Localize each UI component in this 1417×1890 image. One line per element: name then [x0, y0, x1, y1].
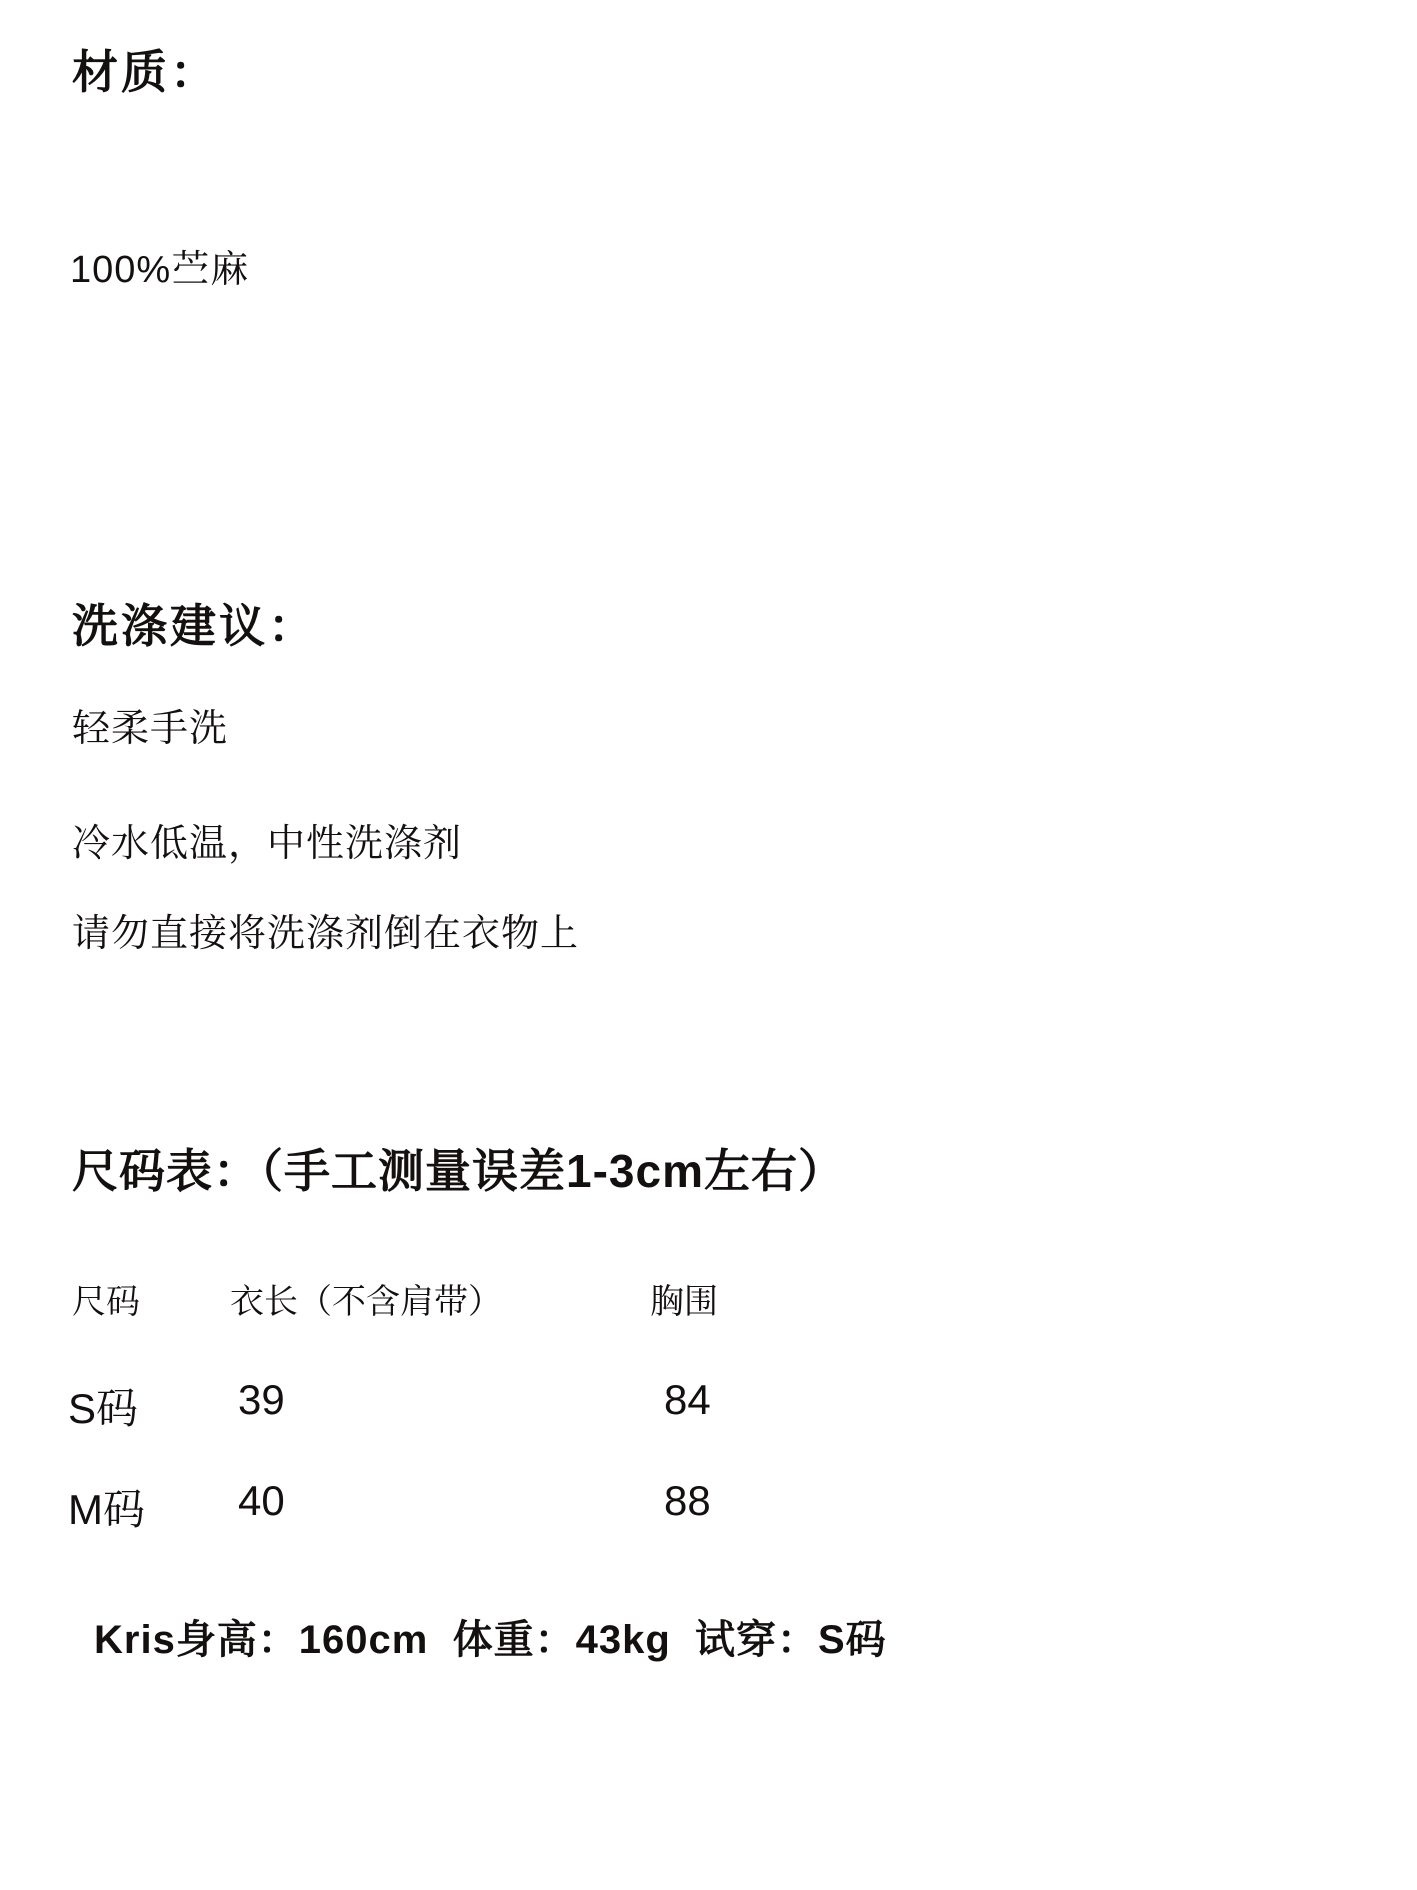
- size-cell-length: 40: [238, 1477, 285, 1525]
- washing-instruction-line: 冷水低温，中性洗涤剂: [72, 812, 462, 867]
- material-heading: 材质：: [72, 36, 219, 102]
- size-table-col-bust: 胸围: [650, 1274, 718, 1323]
- size-chart-heading: 尺码表：（手工测量误差1-3cm左右）: [72, 1135, 845, 1201]
- size-cell-bust: 88: [664, 1477, 711, 1525]
- size-cell-length: 39: [238, 1376, 285, 1424]
- size-table-header-row: 尺码 衣长（不含肩带） 胸围: [68, 1274, 1417, 1322]
- size-table-col-length: 衣长（不含肩带）: [230, 1274, 502, 1323]
- model-fit-note: Kris身高：160cm 体重：43kg 试穿：S码: [94, 1608, 887, 1665]
- washing-instruction-line: 轻柔手洗: [72, 697, 228, 752]
- size-cell-bust: 84: [664, 1376, 711, 1424]
- material-value: 100%苎麻: [70, 238, 249, 293]
- size-table-row-m: M码 40 88: [68, 1477, 1417, 1525]
- product-detail-page: 材质： 100%苎麻 洗涤建议： 轻柔手洗 冷水低温，中性洗涤剂 请勿直接将洗涤…: [0, 0, 1417, 1890]
- washing-heading: 洗涤建议：: [72, 590, 317, 656]
- size-table-col-size: 尺码: [72, 1274, 140, 1323]
- size-cell-size: M码: [68, 1477, 145, 1537]
- washing-instruction-line: 请勿直接将洗涤剂倒在衣物上: [72, 902, 579, 957]
- size-table-row-s: S码 39 84: [68, 1376, 1417, 1424]
- size-cell-size: S码: [68, 1376, 138, 1436]
